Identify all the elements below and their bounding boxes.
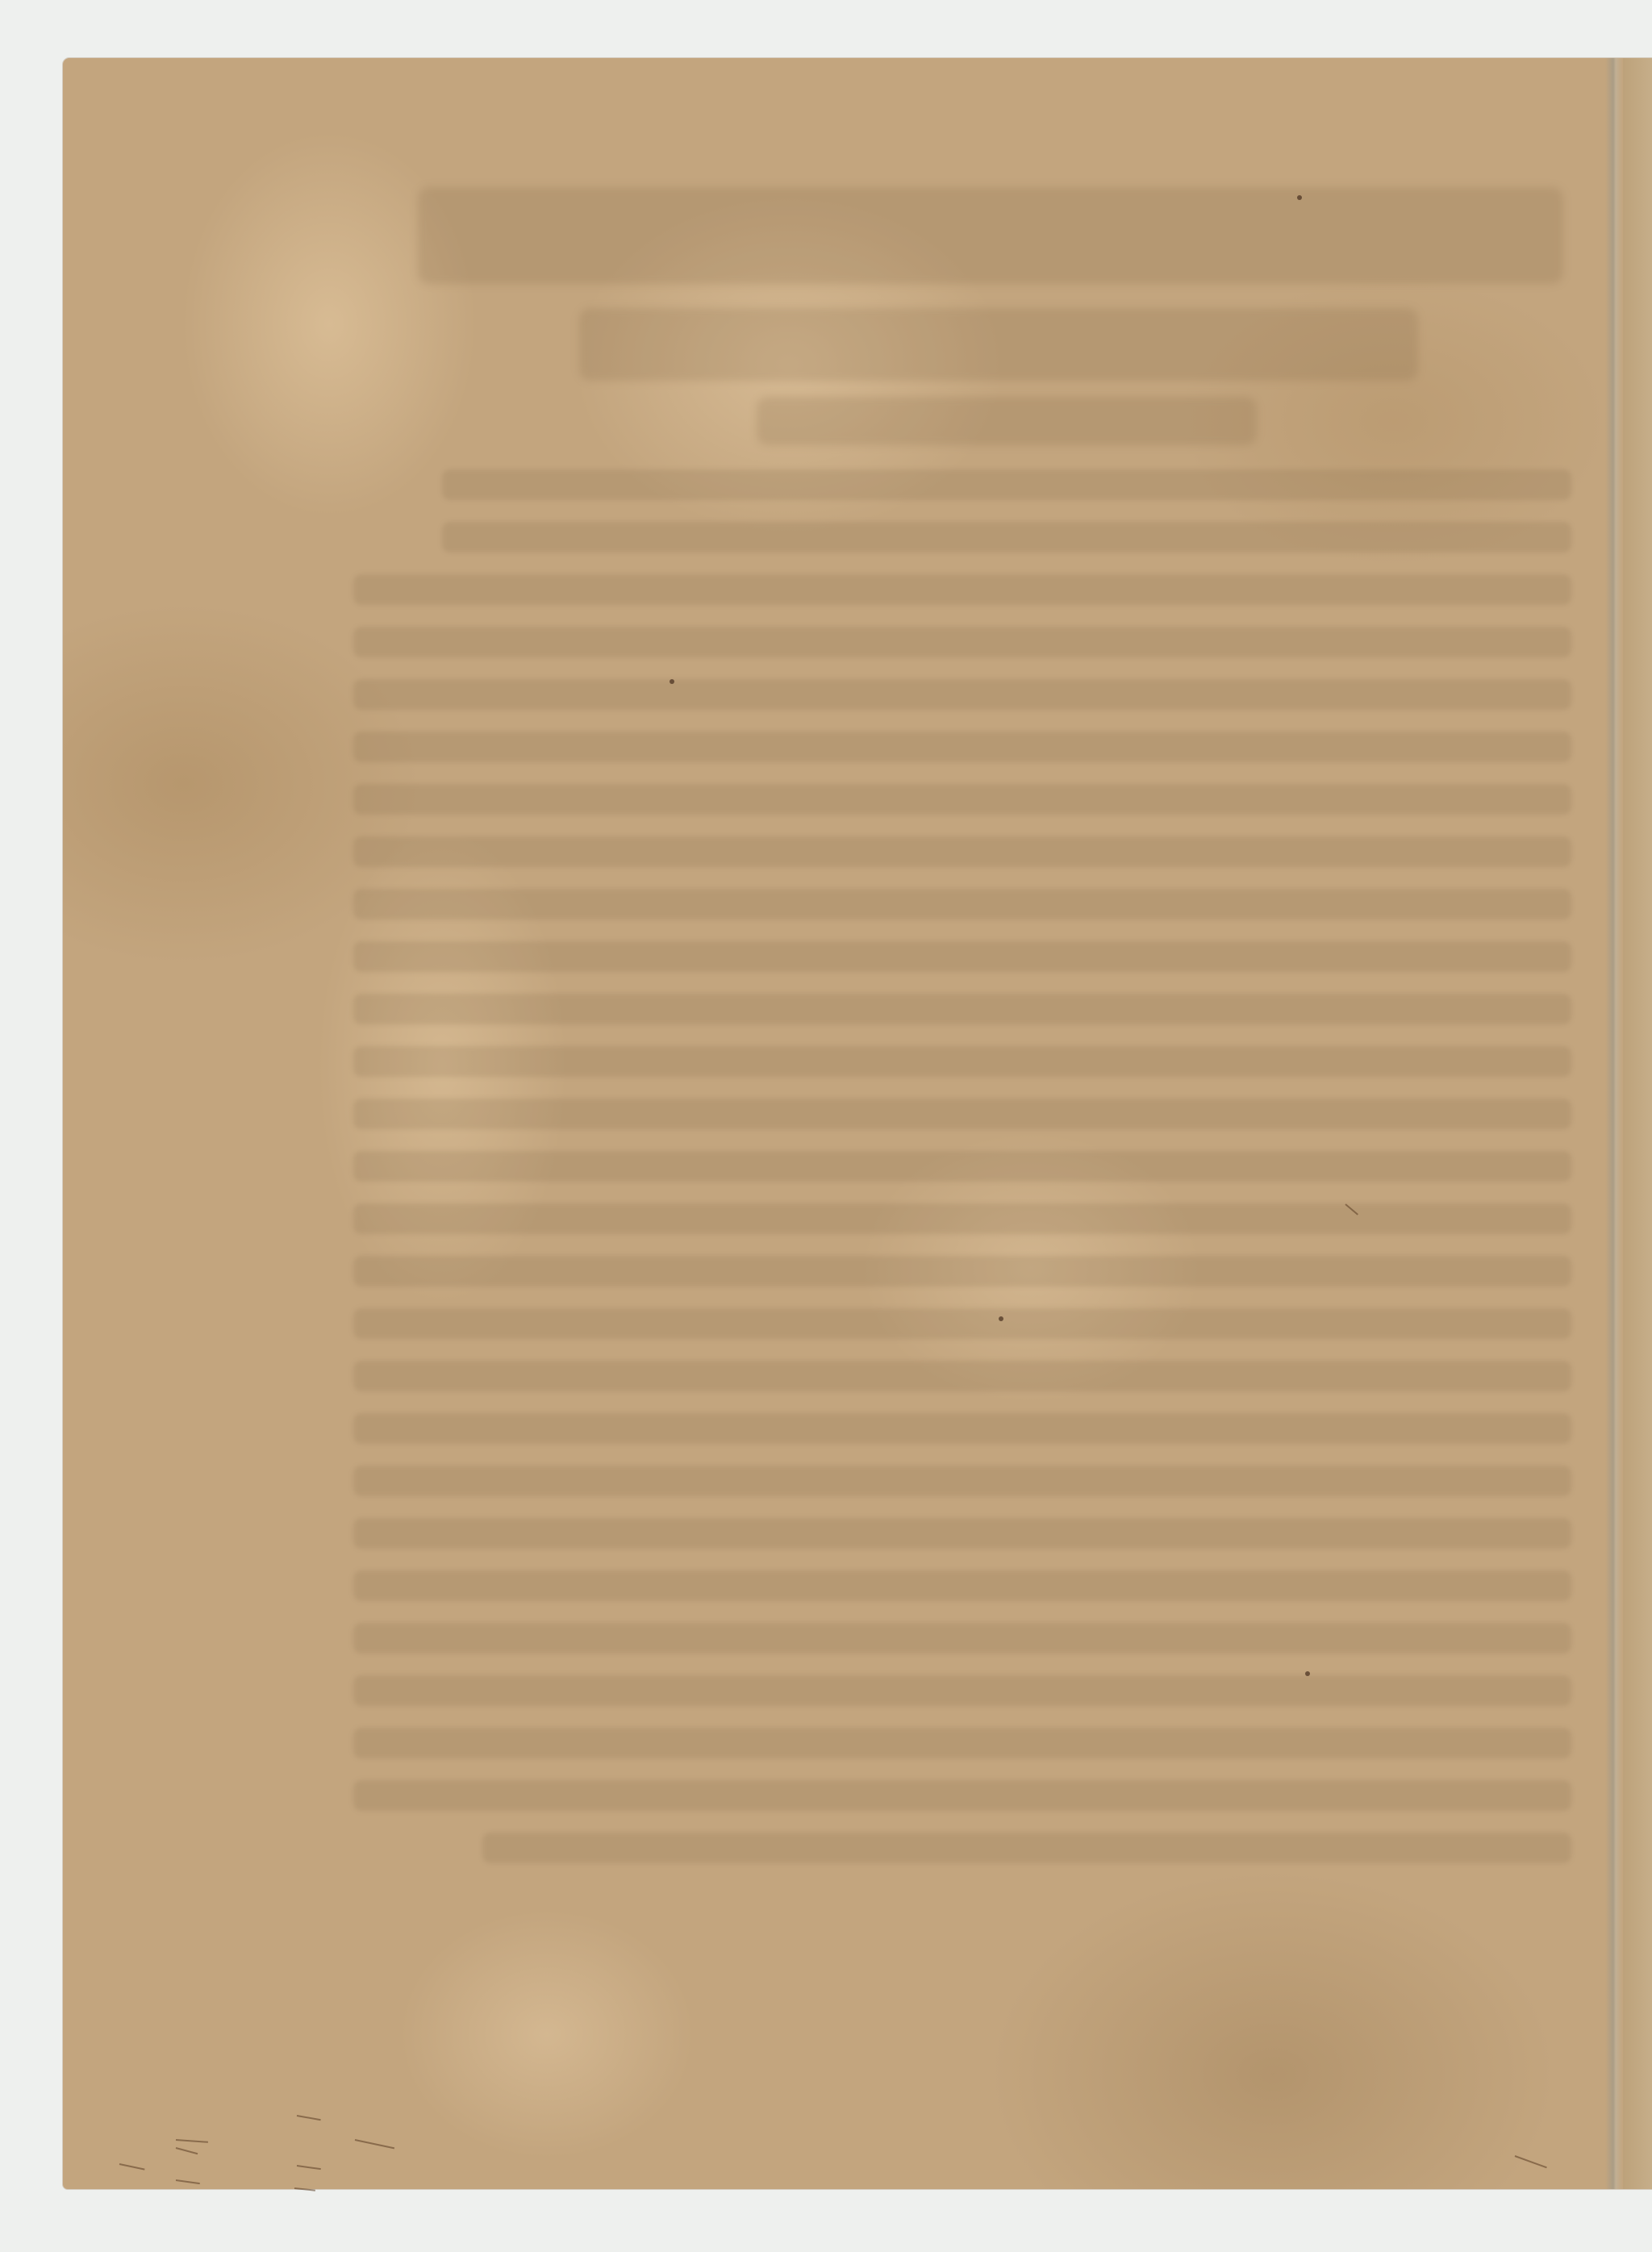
paper-scratch bbox=[176, 2147, 198, 2154]
show-through-text-line bbox=[353, 1308, 1571, 1339]
show-through-heading-line-3 bbox=[757, 397, 1257, 445]
paper-scratch bbox=[1515, 2155, 1547, 2168]
paper-scratch bbox=[297, 2115, 321, 2121]
show-through-text-line bbox=[353, 574, 1571, 605]
paper-scratch bbox=[355, 2139, 394, 2149]
show-through-heading-line-1 bbox=[418, 187, 1563, 284]
paper-speck bbox=[1297, 195, 1302, 200]
reversed-print-show-through bbox=[63, 58, 1652, 2189]
show-through-text-line bbox=[442, 469, 1571, 500]
show-through-text-line bbox=[482, 1833, 1571, 1863]
paper-scratch bbox=[297, 2165, 321, 2170]
show-through-text-line bbox=[353, 1518, 1571, 1549]
paper-speck bbox=[999, 1316, 1003, 1321]
show-through-heading-line-2 bbox=[579, 308, 1418, 381]
show-through-text-line bbox=[353, 1570, 1571, 1601]
show-through-text-line bbox=[353, 889, 1571, 920]
show-through-text-line bbox=[353, 784, 1571, 815]
show-through-text-line bbox=[353, 627, 1571, 657]
show-through-text-line bbox=[353, 679, 1571, 710]
paper-scratch bbox=[1345, 1203, 1358, 1215]
show-through-text-line bbox=[353, 1256, 1571, 1287]
show-through-text-line bbox=[353, 1675, 1571, 1706]
paper-speck bbox=[670, 679, 674, 684]
paper-leaf bbox=[63, 58, 1652, 2189]
show-through-text-line bbox=[353, 1361, 1571, 1391]
show-through-text-line bbox=[353, 1046, 1571, 1077]
paper-speck bbox=[1305, 1671, 1310, 1676]
show-through-text-line bbox=[353, 1780, 1571, 1811]
show-through-text-line bbox=[353, 732, 1571, 762]
show-through-text-line bbox=[353, 1151, 1571, 1182]
paper-scratch bbox=[119, 2163, 145, 2171]
show-through-text-line bbox=[353, 1466, 1571, 1496]
binding-fold-shadow bbox=[1605, 58, 1623, 2189]
show-through-text-line bbox=[353, 1728, 1571, 1758]
show-through-text-line bbox=[353, 1413, 1571, 1444]
paper-scratch bbox=[176, 2139, 208, 2143]
show-through-text-line bbox=[353, 941, 1571, 972]
show-through-text-line bbox=[353, 1099, 1571, 1129]
show-through-text-line bbox=[353, 836, 1571, 867]
show-through-text-line bbox=[442, 522, 1571, 553]
show-through-text-line bbox=[353, 1623, 1571, 1654]
paper-scratch bbox=[176, 2179, 200, 2184]
show-through-text-line bbox=[353, 994, 1571, 1024]
binding-edge-strip bbox=[1623, 58, 1652, 2189]
show-through-text-line bbox=[353, 1203, 1571, 1234]
